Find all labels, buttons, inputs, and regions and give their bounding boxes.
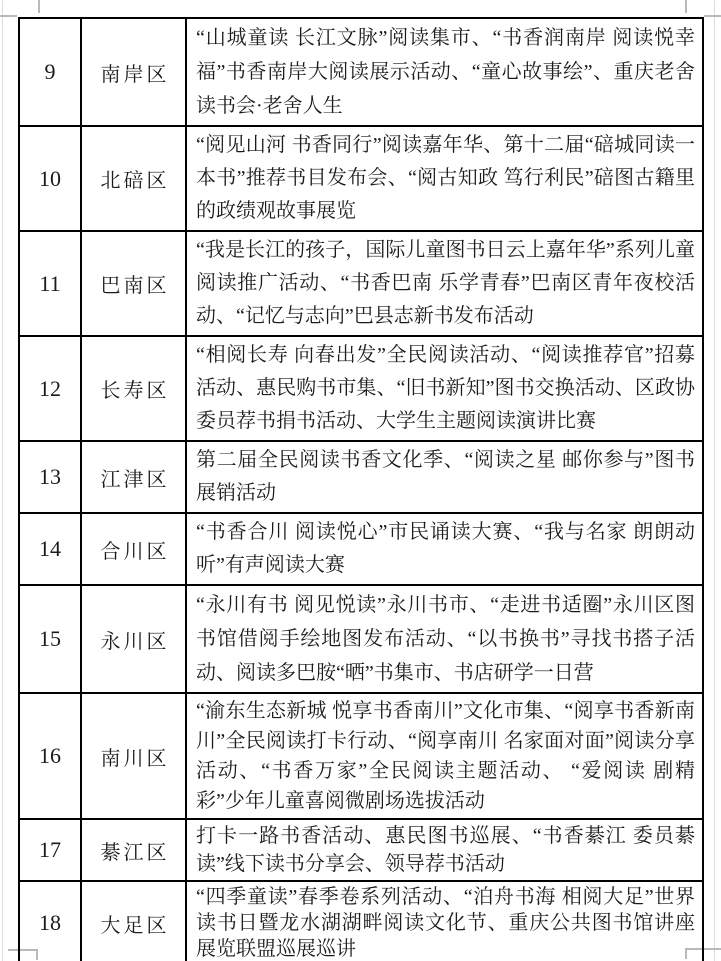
district-name-cell: 合川区 (81, 513, 186, 585)
table-row: 10北碚区“阅见山河 书香同行”阅读嘉年华、第十二届“碚城同读一本书”推荐书目发… (19, 126, 703, 231)
row-number-cell: 17 (19, 819, 81, 881)
table-row: 13江津区第二届全民阅读书香文化季、“阅读之星 邮你参与”图书展销活动 (19, 441, 703, 513)
table-row: 18大足区“四季童读”春季卷系列活动、“泊舟书海 相阅大足”世界读书日暨龙水湖湖… (19, 881, 703, 961)
table-row: 16南川区“渝东生态新城 悦享书香南川”文化市集、“阅享书香新南川”全民阅读打卡… (19, 693, 703, 819)
activities-cell: “四季童读”春季卷系列活动、“泊舟书海 相阅大足”世界读书日暨龙水湖湖畔阅读文化… (186, 881, 703, 961)
crop-mark-top-left-vertical (38, 0, 40, 13)
district-name-cell: 北碚区 (81, 126, 186, 231)
reading-activities-table: 9南岸区“山城童读 长江文脉”阅读集市、“书香润南岸 阅读悦幸福”书香南岸大阅读… (18, 17, 704, 961)
activities-cell: 第二届全民阅读书香文化季、“阅读之星 邮你参与”图书展销活动 (186, 441, 703, 513)
table-row: 11巴南区“我是长江的孩子，国际儿童图书日云上嘉年华”系列儿童阅读推广活动、“书… (19, 231, 703, 336)
row-number-cell: 14 (19, 513, 81, 585)
row-number-cell: 18 (19, 881, 81, 961)
crop-mark-top-left-horizontal (0, 15, 17, 17)
crop-mark-top-right-horizontal (704, 15, 721, 17)
activities-cell: 打卡一路书香活动、惠民图书巡展、“书香綦江 委员綦读”线下读书分享会、领导荐书活… (186, 819, 703, 881)
crop-mark-top-right-vertical (685, 0, 687, 13)
district-name-cell: 大足区 (81, 881, 186, 961)
district-name-cell: 江津区 (81, 441, 186, 513)
district-name-cell: 南岸区 (81, 18, 186, 126)
activities-cell: “渝东生态新城 悦享书香南川”文化市集、“阅享书香新南川”全民阅读打卡行动、“阅… (186, 693, 703, 819)
district-name-cell: 长寿区 (81, 336, 186, 441)
row-number-cell: 16 (19, 693, 81, 819)
table-row: 17綦江区打卡一路书香活动、惠民图书巡展、“书香綦江 委员綦读”线下读书分享会、… (19, 819, 703, 881)
table-body: 9南岸区“山城童读 长江文脉”阅读集市、“书香润南岸 阅读悦幸福”书香南岸大阅读… (19, 18, 703, 961)
page-right-edge-line (714, 0, 715, 961)
document-page: 9南岸区“山城童读 长江文脉”阅读集市、“书香润南岸 阅读悦幸福”书香南岸大阅读… (0, 0, 721, 961)
page-left-edge-line (2, 0, 3, 961)
activities-cell: “山城童读 长江文脉”阅读集市、“书香润南岸 阅读悦幸福”书香南岸大阅读展示活动… (186, 18, 703, 126)
row-number-cell: 9 (19, 18, 81, 126)
activities-cell: “永川有书 阅见悦读”永川书市、“走进书适圈”永川区图书馆借阅手绘地图发布活动、… (186, 585, 703, 693)
table-row: 14合川区“书香合川 阅读悦心”市民诵读大赛、“我与名家 朗朗动听”有声阅读大赛 (19, 513, 703, 585)
table-row: 15永川区“永川有书 阅见悦读”永川书市、“走进书适圈”永川区图书馆借阅手绘地图… (19, 585, 703, 693)
row-number-cell: 10 (19, 126, 81, 231)
table-row: 12长寿区“相阅长寿 向春出发”全民阅读活动、“阅读推荐官”招募活动、惠民购书市… (19, 336, 703, 441)
row-number-cell: 12 (19, 336, 81, 441)
district-name-cell: 巴南区 (81, 231, 186, 336)
table-row: 9南岸区“山城童读 长江文脉”阅读集市、“书香润南岸 阅读悦幸福”书香南岸大阅读… (19, 18, 703, 126)
activities-cell: “我是长江的孩子，国际儿童图书日云上嘉年华”系列儿童阅读推广活动、“书香巴南 乐… (186, 231, 703, 336)
district-name-cell: 南川区 (81, 693, 186, 819)
row-number-cell: 11 (19, 231, 81, 336)
activities-cell: “书香合川 阅读悦心”市民诵读大赛、“我与名家 朗朗动听”有声阅读大赛 (186, 513, 703, 585)
district-name-cell: 永川区 (81, 585, 186, 693)
row-number-cell: 15 (19, 585, 81, 693)
activities-cell: “相阅长寿 向春出发”全民阅读活动、“阅读推荐官”招募活动、惠民购书市集、“旧书… (186, 336, 703, 441)
activities-cell: “阅见山河 书香同行”阅读嘉年华、第十二届“碚城同读一本书”推荐书目发布会、“阅… (186, 126, 703, 231)
district-name-cell: 綦江区 (81, 819, 186, 881)
row-number-cell: 13 (19, 441, 81, 513)
